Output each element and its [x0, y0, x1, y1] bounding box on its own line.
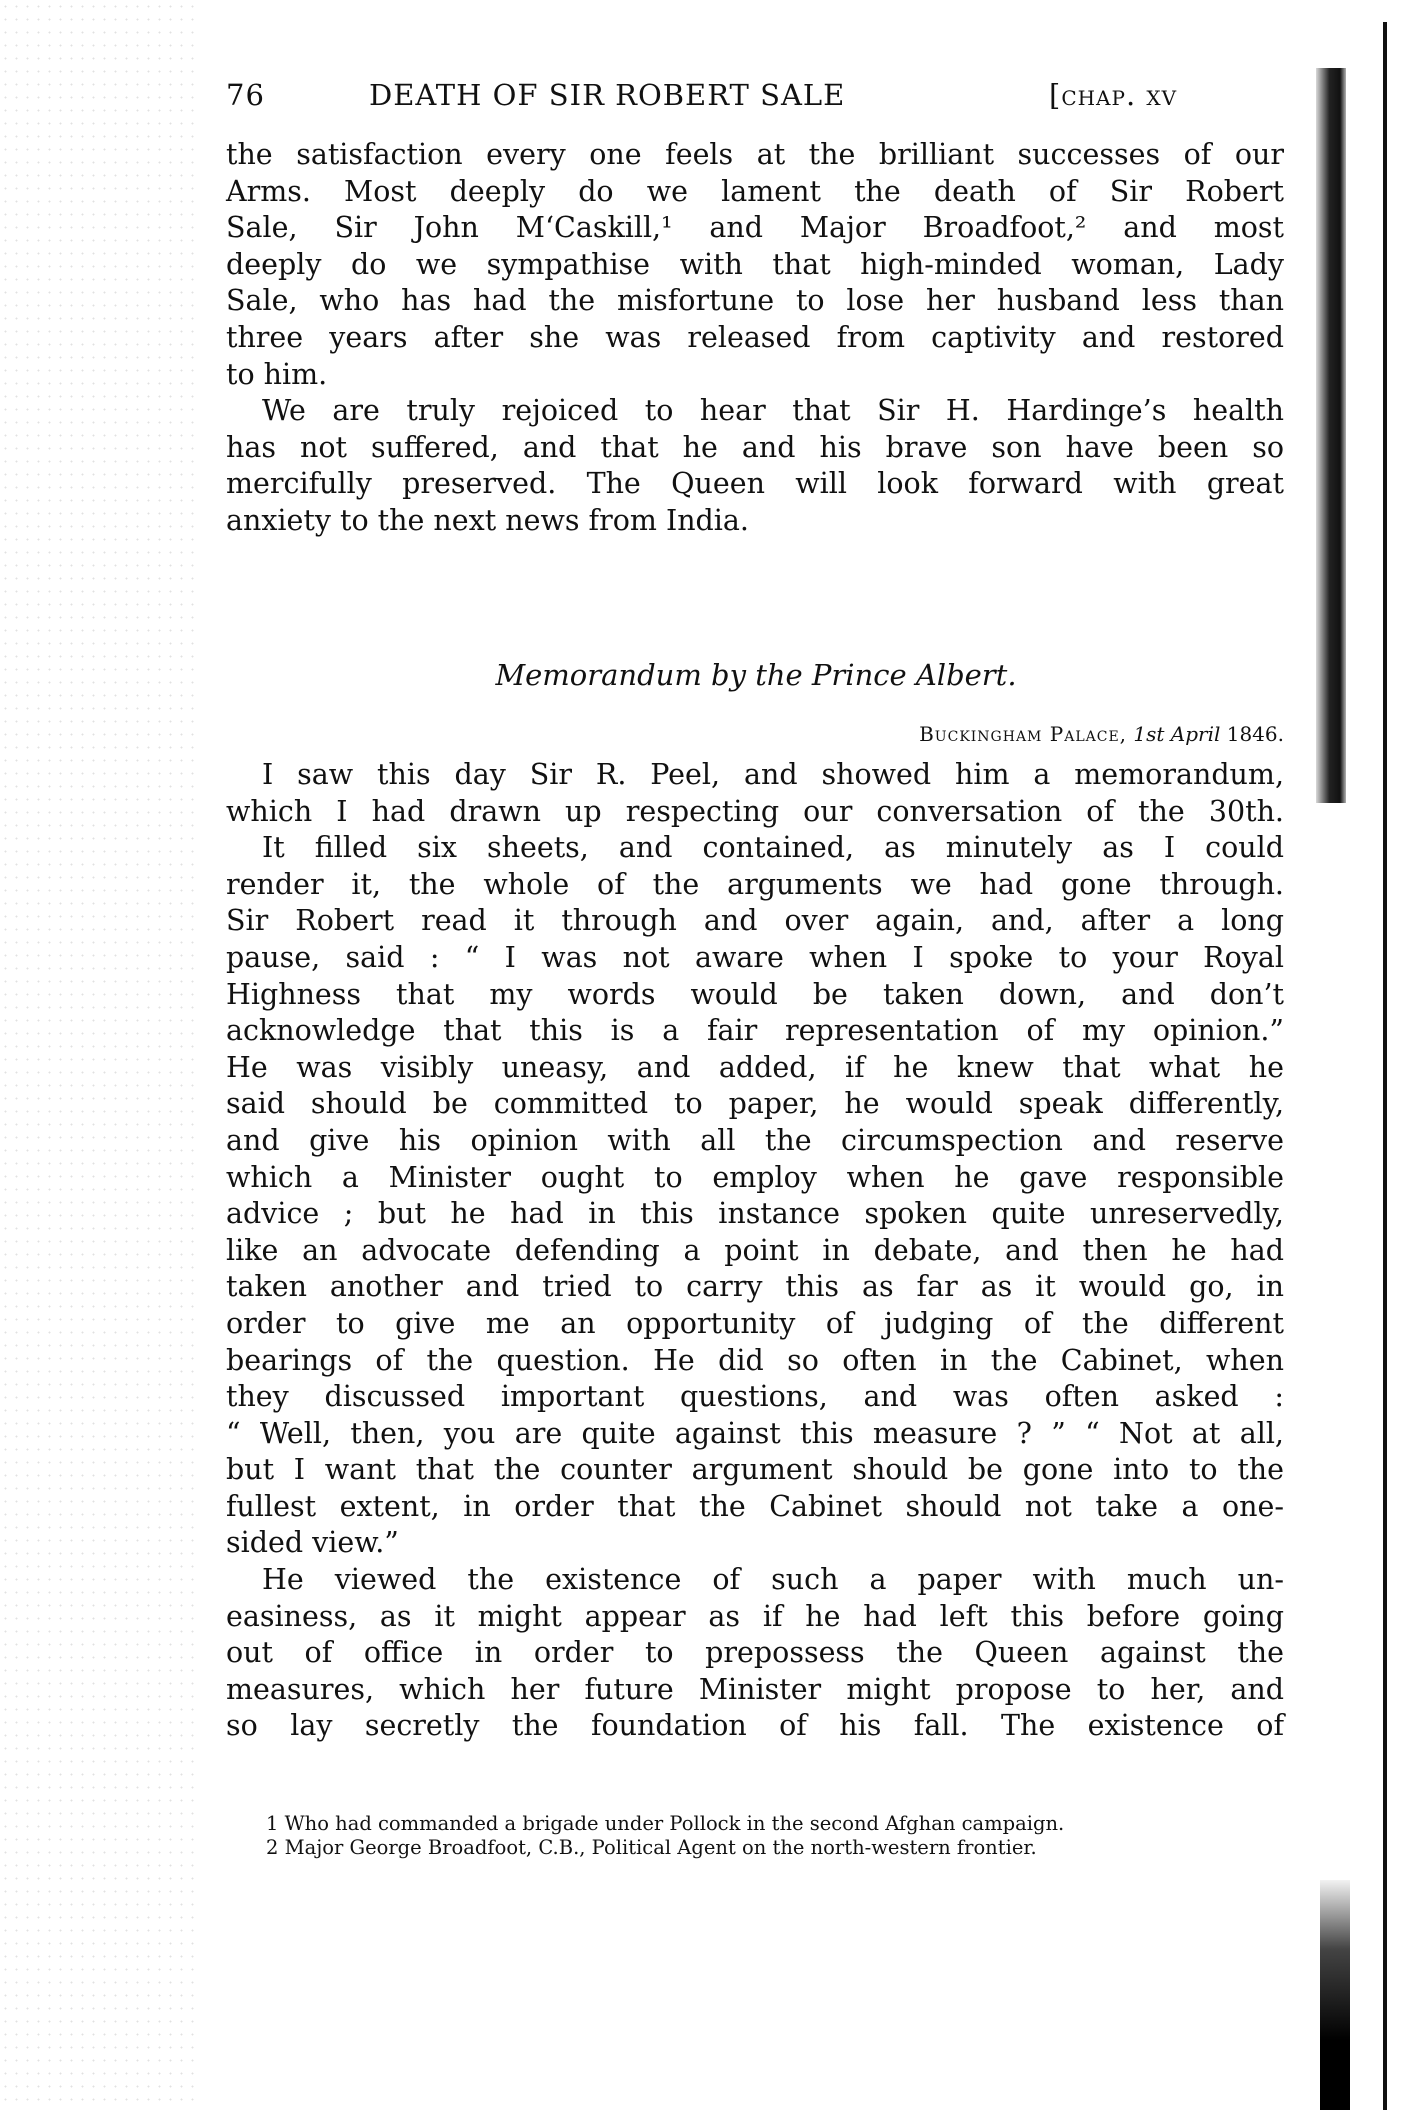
text-line: fullest extent, in order that the Cabine… [226, 1489, 1284, 1526]
memorandum-heading: Memorandum by the Prince Albert. [226, 658, 1286, 692]
text-line: easiness, as it might appear as if he ha… [226, 1599, 1284, 1636]
text-line: out of office in order to prepossess the… [226, 1635, 1284, 1672]
text-line: Highness that my words would be taken do… [226, 977, 1284, 1014]
dateline-month: April [1171, 722, 1221, 746]
text-line: deeply do we sympathise with that high-m… [226, 247, 1284, 284]
text-line: taken another and tried to carry this as… [226, 1269, 1284, 1306]
text-line: three years after she was released from … [226, 320, 1284, 357]
text-line: like an advocate defending a point in de… [226, 1233, 1284, 1270]
footnote-1: 1 Who had commanded a brigade under Poll… [266, 1812, 1064, 1836]
footnote-2: 2 Major George Broadfoot, C.B., Politica… [266, 1836, 1064, 1860]
page-edge-rule [1383, 22, 1387, 2110]
text-line: render it, the whole of the arguments we… [226, 867, 1284, 904]
footnotes: 1 Who had commanded a brigade under Poll… [266, 1812, 1064, 1860]
text-line: the satisfaction every one feels at the … [226, 137, 1284, 174]
text-line: has not suffered, and that he and his br… [226, 430, 1284, 467]
dateline-place: Buckingham Palace, [919, 722, 1127, 746]
text-line: said should be committed to paper, he wo… [226, 1086, 1284, 1123]
scan-shadow-top [1316, 68, 1346, 803]
dateline-day: 1st [1133, 722, 1164, 746]
text-line: order to give me an opportunity of judgi… [226, 1306, 1284, 1343]
text-line: We are truly rejoiced to hear that Sir H… [226, 393, 1284, 430]
running-head: 76 DEATH OF SIR ROBERT SALE [chap. xv [226, 78, 1286, 118]
memorandum-text: I saw this day Sir R. Peel, and showed h… [226, 757, 1284, 1745]
text-line: bearings of the question. He did so ofte… [226, 1343, 1284, 1380]
text-line: “ Well, then, you are quite against this… [226, 1416, 1284, 1453]
text-line: so lay secretly the foundation of his fa… [226, 1708, 1284, 1745]
text-line: I saw this day Sir R. Peel, and showed h… [226, 757, 1284, 794]
running-title: DEATH OF SIR ROBERT SALE [369, 78, 845, 112]
text-line: Arms. Most deeply do we lament the death… [226, 174, 1284, 211]
page-number: 76 [226, 78, 265, 112]
text-line: Sale, Sir John M‘Caskill,¹ and Major Bro… [226, 210, 1284, 247]
letter-text: the satisfaction every one feels at the … [226, 137, 1284, 540]
text-line: and give his opinion with all the circum… [226, 1123, 1284, 1160]
text-line: to him. [226, 357, 1284, 394]
text-line: Sale, who has had the misfortune to lose… [226, 283, 1284, 320]
text-line: sided view.” [226, 1525, 1284, 1562]
text-line: anxiety to the next news from India. [226, 503, 1284, 540]
text-line: they discussed important questions, and … [226, 1379, 1284, 1416]
dateline-year: 1846. [1227, 722, 1284, 746]
text-line: which a Minister ought to employ when he… [226, 1160, 1284, 1197]
chapter-label: [chap. xv [1049, 78, 1177, 112]
text-line: He viewed the existence of such a paper … [226, 1562, 1284, 1599]
text-line: measures, which her future Minister migh… [226, 1672, 1284, 1709]
text-line: Sir Robert read it through and over agai… [226, 903, 1284, 940]
text-line: but I want that the counter argument sho… [226, 1452, 1284, 1489]
scan-speckle [0, 0, 200, 2110]
text-line: advice ; but he had in this instance spo… [226, 1196, 1284, 1233]
text-line: mercifully preserved. The Queen will loo… [226, 466, 1284, 503]
text-line: which I had drawn up respecting our conv… [226, 794, 1284, 831]
text-line: It filled six sheets, and contained, as … [226, 830, 1284, 867]
text-line: acknowledge that this is a fair represen… [226, 1013, 1284, 1050]
text-line: He was visibly uneasy, and added, if he … [226, 1050, 1284, 1087]
text-line: pause, said : “ I was not aware when I s… [226, 940, 1284, 977]
dateline: Buckingham Palace, 1st April 1846. [226, 722, 1284, 746]
scan-shadow-bottom [1320, 1880, 1350, 2110]
